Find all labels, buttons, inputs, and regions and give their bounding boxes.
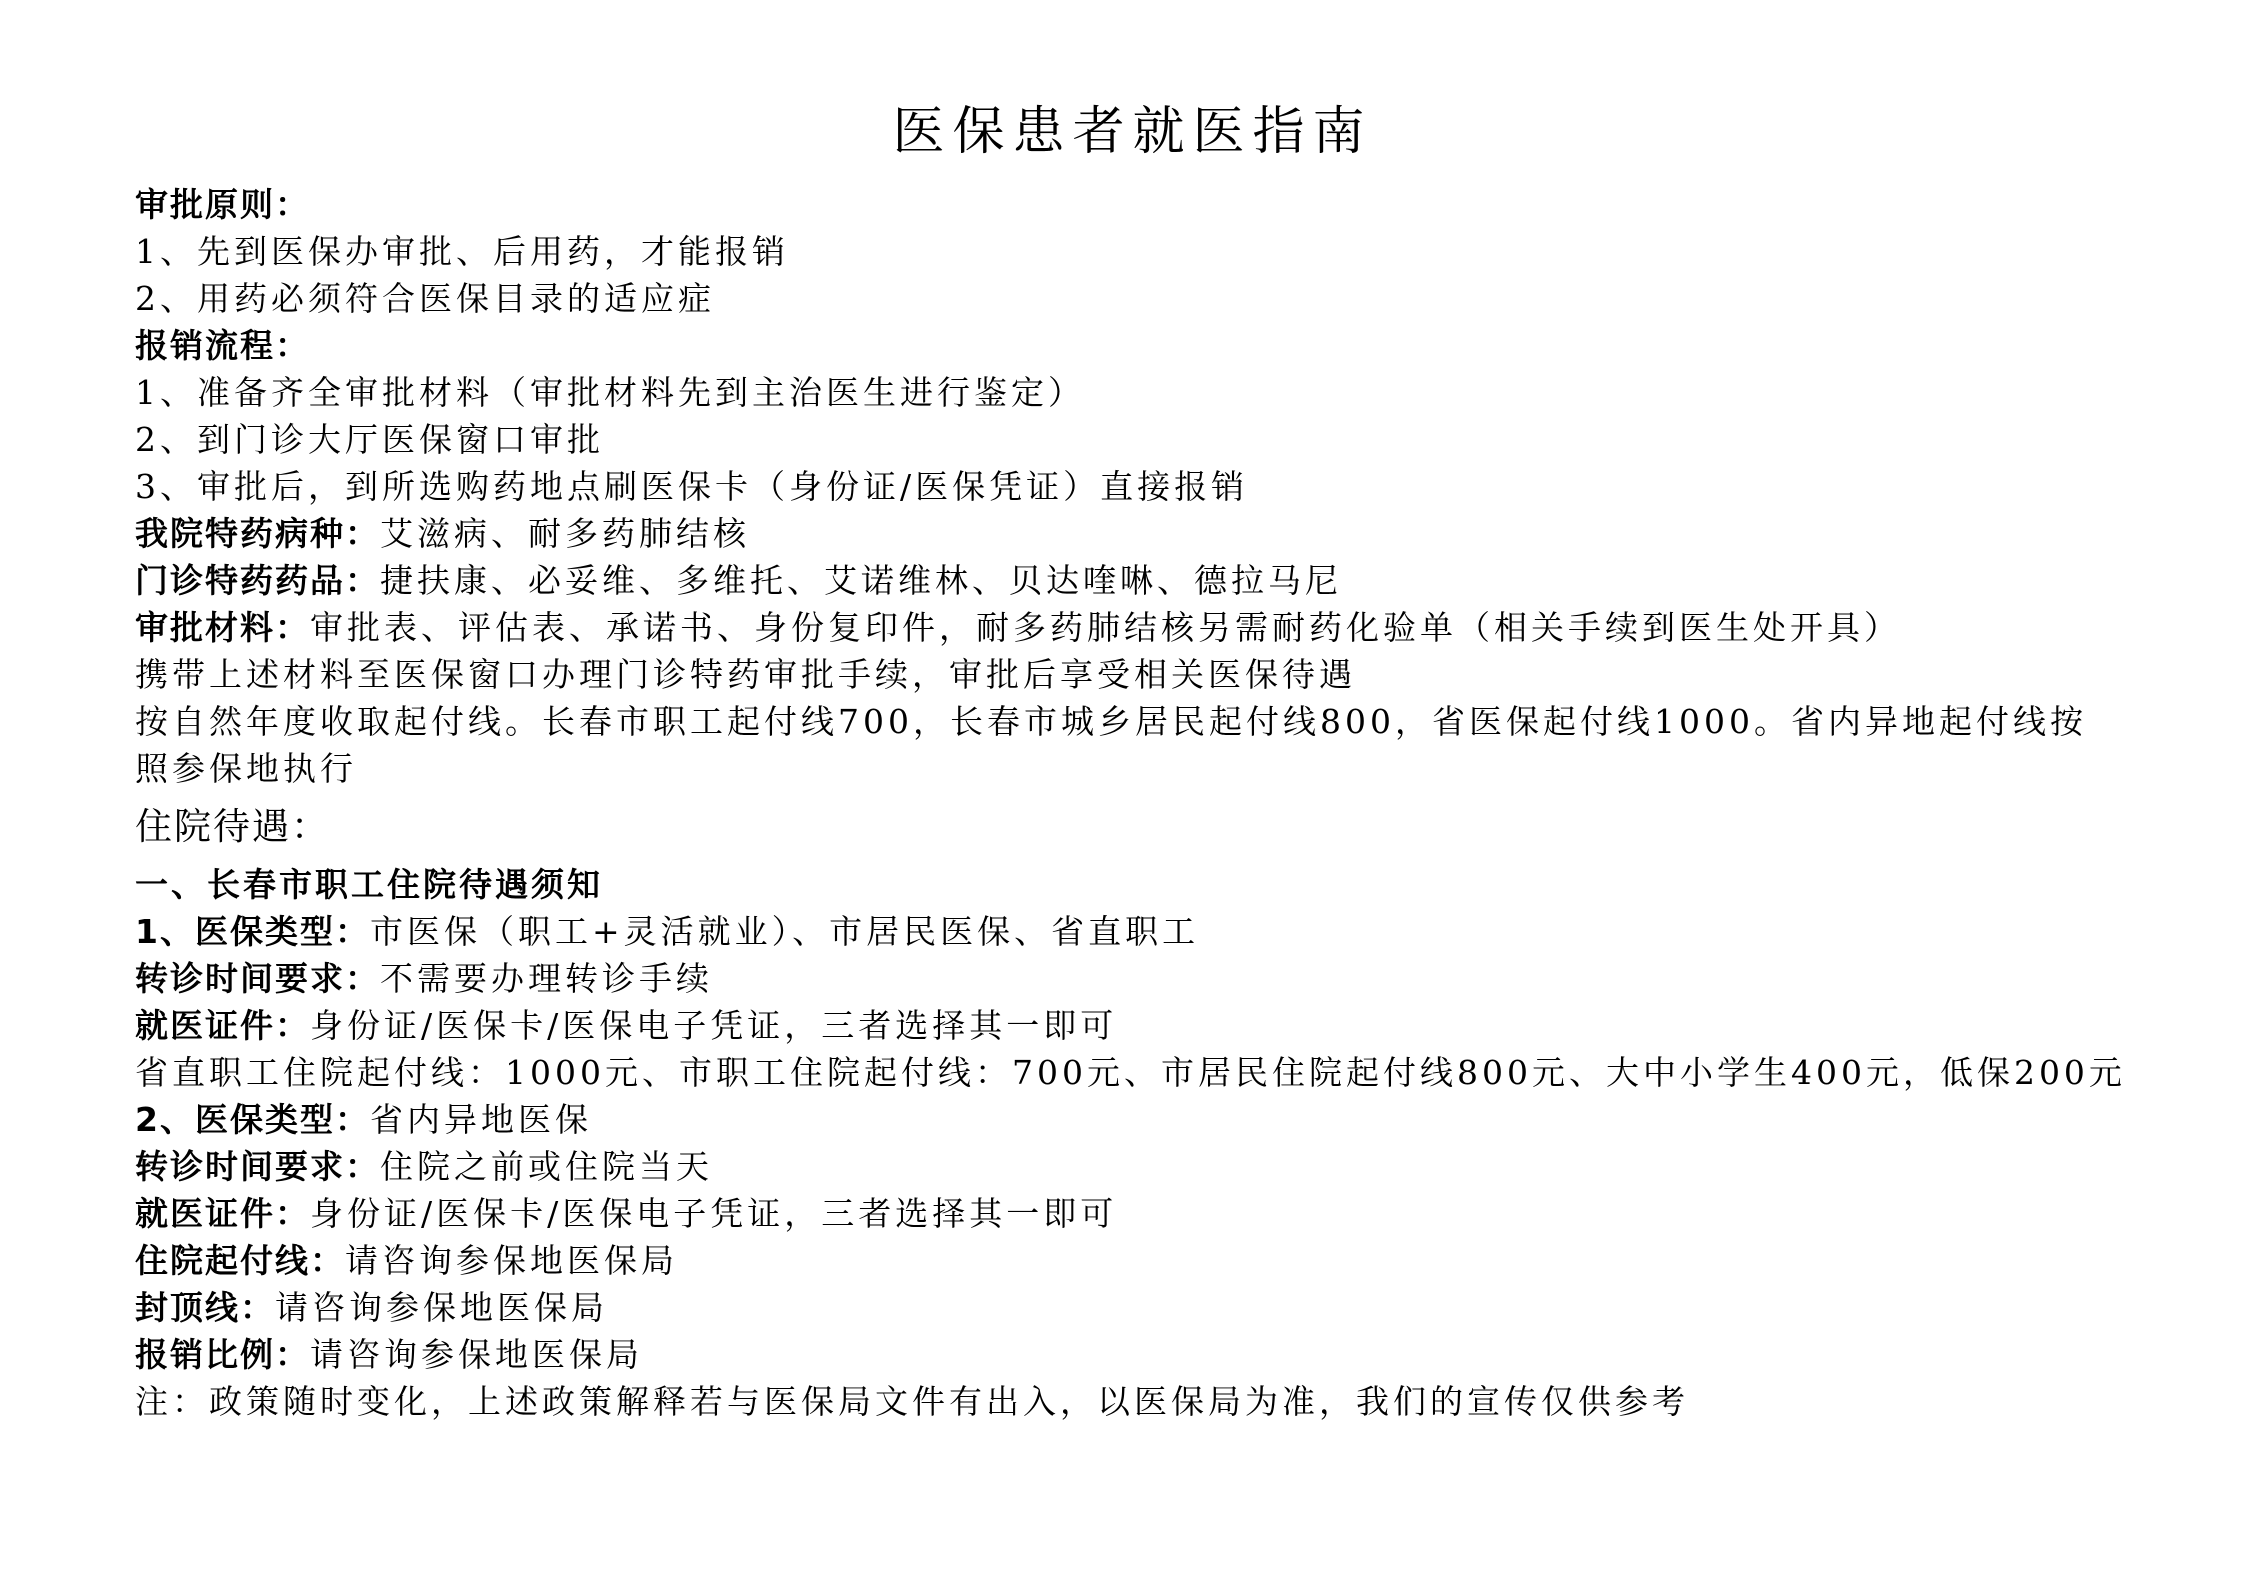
inpatient-deductible-row: 住院起付线：请咨询参保地医保局	[135, 1238, 2165, 1284]
field-label: 转诊时间要求：	[135, 959, 380, 998]
reimbursement-ratio-row: 报销比例：请咨询参保地医保局	[135, 1332, 2165, 1378]
medical-id-row: 就医证件：身份证/医保卡/医保电子凭证，三者选择其一即可	[135, 1191, 2165, 1237]
field-label: 住院起付线：	[135, 1241, 345, 1280]
field-label: 转诊时间要求：	[135, 1147, 380, 1186]
field-label: 就医证件：	[135, 1006, 310, 1045]
section-label: 审批原则：	[135, 185, 310, 224]
disclaimer-note: 注：政策随时变化，上述政策解释若与医保局文件有出入，以医保局为准，我们的宣传仅供…	[135, 1379, 2165, 1425]
reimbursement-step: 2、到门诊大厅医保窗口审批	[135, 417, 2165, 463]
field-value: 艾滋病、耐多药肺结核	[380, 514, 750, 553]
referral-time-row: 转诊时间要求：住院之前或住院当天	[135, 1144, 2165, 1190]
field-value: 市医保（职工+灵活就业）、市居民医保、省直职工	[370, 912, 1199, 951]
field-label: 就医证件：	[135, 1194, 310, 1233]
field-label: 封顶线：	[135, 1288, 275, 1327]
field-value: 请咨询参保地医保局	[310, 1335, 643, 1374]
approval-materials-row: 审批材料：审批表、评估表、承诺书、身份复印件，耐多药肺结核另需耐药化验单（相关手…	[135, 605, 2165, 651]
section-label: 报销流程：	[135, 326, 310, 365]
reimbursement-process-heading: 报销流程：	[135, 323, 2165, 369]
insurance-type-row: 1、医保类型：市医保（职工+灵活就业）、市居民医保、省直职工	[135, 909, 2165, 955]
field-label: 门诊特药药品：	[135, 561, 380, 600]
field-label: 审批材料：	[135, 608, 310, 647]
field-value: 审批表、评估表、承诺书、身份复印件，耐多药肺结核另需耐药化验单（相关手续到医生处…	[310, 608, 1901, 647]
field-label: 报销比例：	[135, 1335, 310, 1374]
subheading-text: 一、长春市职工住院待遇须知	[135, 865, 603, 904]
reimbursement-step: 3、审批后，到所选购药地点刷医保卡（身份证/医保凭证）直接报销	[135, 464, 2165, 510]
inpatient-heading: 住院待遇：	[135, 802, 330, 852]
deductible-note-line-2: 照参保地执行	[135, 746, 2165, 792]
field-label: 1、医保类型：	[135, 912, 370, 951]
field-value: 身份证/医保卡/医保电子凭证，三者选择其一即可	[310, 1006, 1117, 1045]
special-diseases-row: 我院特药病种：艾滋病、耐多药肺结核	[135, 511, 2165, 557]
field-value: 不需要办理转诊手续	[380, 959, 713, 998]
field-value: 捷扶康、必妥维、多维托、艾诺维林、贝达喹啉、德拉马尼	[380, 561, 1342, 600]
field-value: 请咨询参保地医保局	[345, 1241, 678, 1280]
cap-line-row: 封顶线：请咨询参保地医保局	[135, 1285, 2165, 1331]
deductible-note-line-1: 按自然年度收取起付线。长春市职工起付线700，长春市城乡居民起付线800，省医保…	[135, 699, 2165, 745]
field-value: 请咨询参保地医保局	[275, 1288, 608, 1327]
approval-principle-item: 1、先到医保办审批、后用药，才能报销	[135, 229, 2165, 275]
insurance-type-row: 2、医保类型：省内异地医保	[135, 1097, 2165, 1143]
field-label: 我院特药病种：	[135, 514, 380, 553]
document-page: 医保患者就医指南 审批原则： 1、先到医保办审批、后用药，才能报销 2、用药必须…	[0, 0, 2255, 1582]
inpatient-deductible-line: 省直职工住院起付线：1000元、市职工住院起付线：700元、市居民住院起付线80…	[135, 1050, 2165, 1096]
field-label: 2、医保类型：	[135, 1100, 370, 1139]
field-value: 身份证/医保卡/医保电子凭证，三者选择其一即可	[310, 1194, 1117, 1233]
approval-principles-heading: 审批原则：	[135, 182, 2165, 228]
referral-time-row: 转诊时间要求：不需要办理转诊手续	[135, 956, 2165, 1002]
field-value: 省内异地医保	[370, 1100, 592, 1139]
inpatient-subheading: 一、长春市职工住院待遇须知	[135, 862, 2165, 908]
reimbursement-step: 1、准备齐全审批材料（审批材料先到主治医生进行鉴定）	[135, 370, 2165, 416]
medical-id-row: 就医证件：身份证/医保卡/医保电子凭证，三者选择其一即可	[135, 1003, 2165, 1049]
special-drugs-row: 门诊特药药品：捷扶康、必妥维、多维托、艾诺维林、贝达喹啉、德拉马尼	[135, 558, 2165, 604]
carry-materials-note: 携带上述材料至医保窗口办理门诊特药审批手续，审批后享受相关医保待遇	[135, 652, 2165, 698]
approval-principle-item: 2、用药必须符合医保目录的适应症	[135, 276, 2165, 322]
page-title: 医保患者就医指南	[0, 100, 2255, 164]
field-value: 住院之前或住院当天	[380, 1147, 713, 1186]
